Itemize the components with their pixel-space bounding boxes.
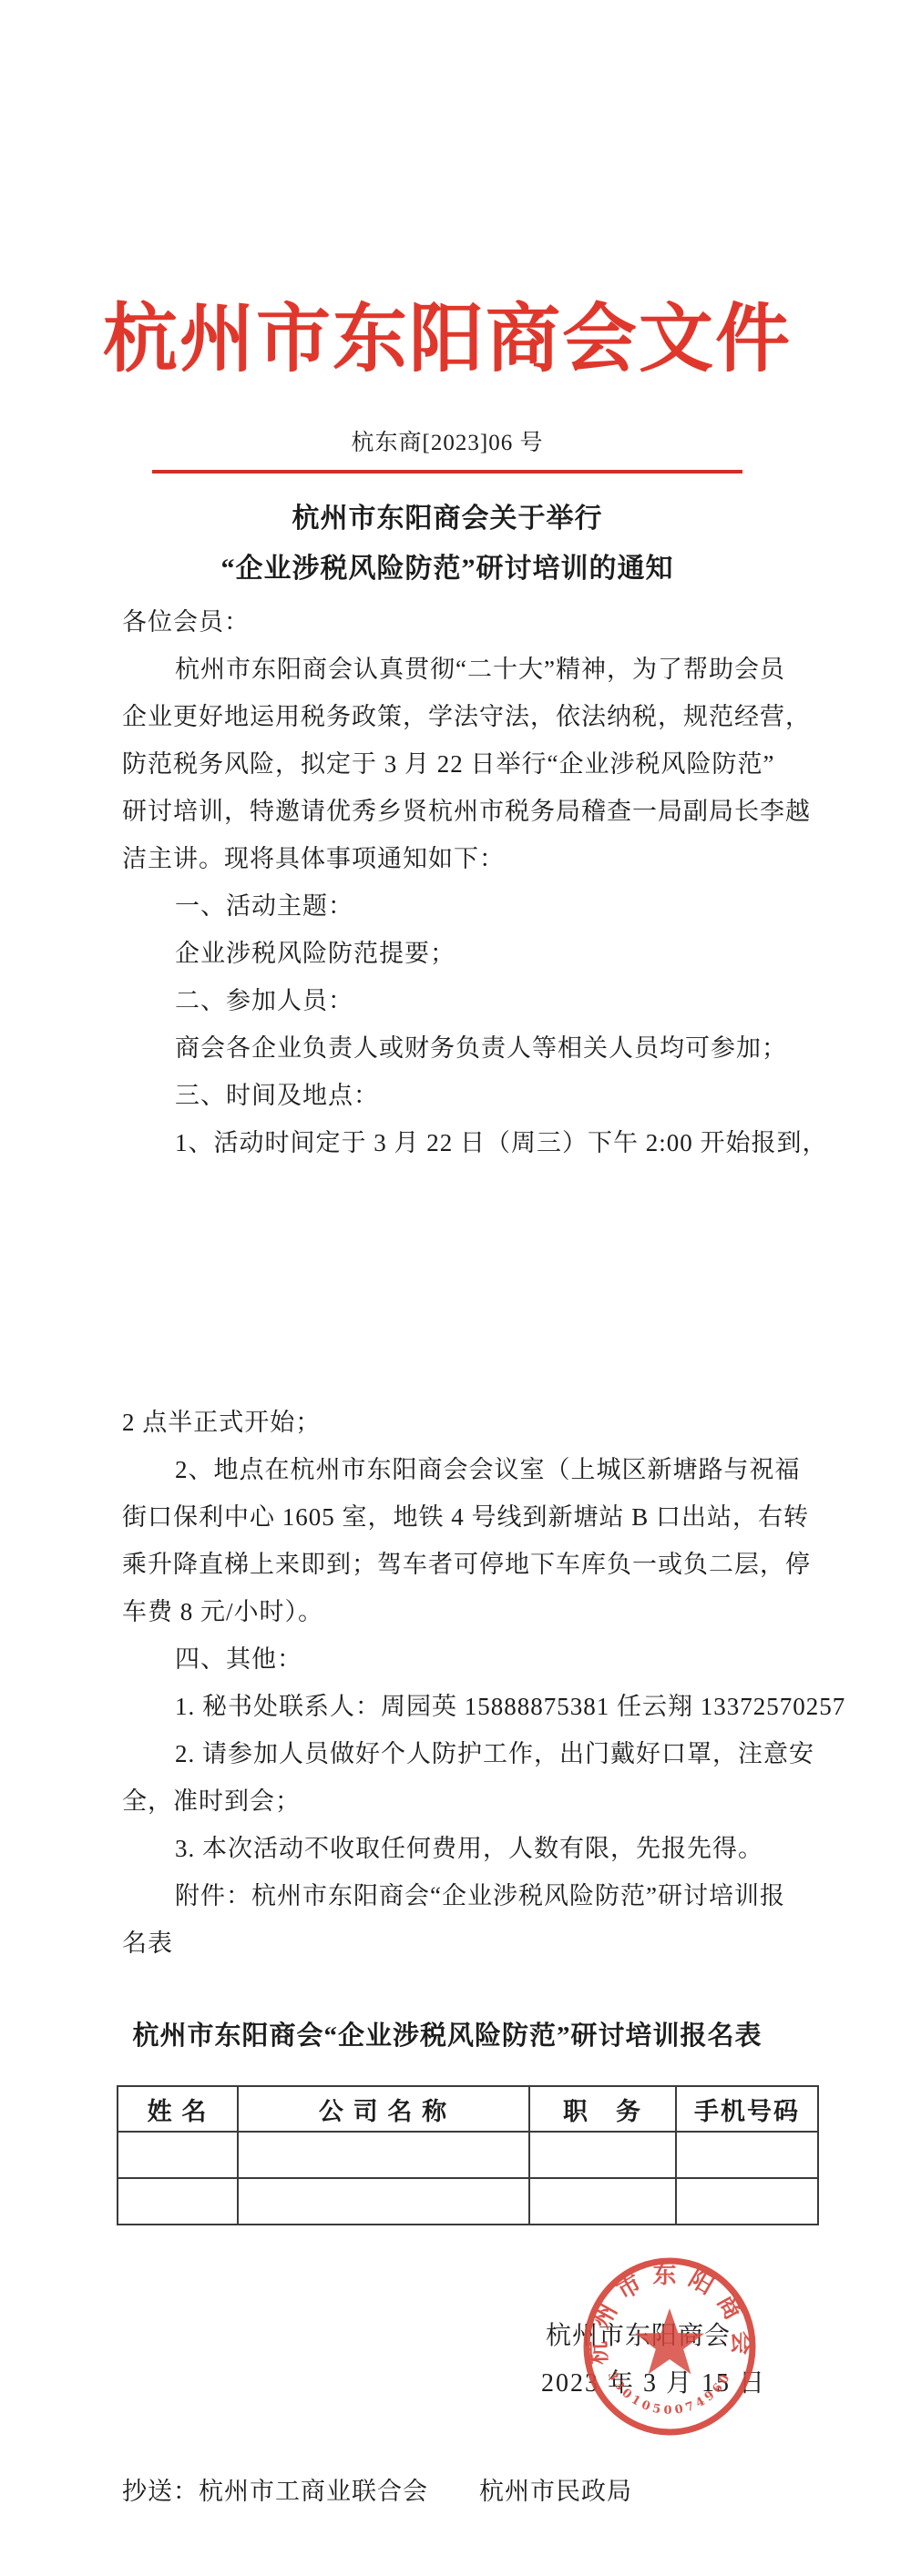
document-line: 企业涉税风险防范提要； bbox=[122, 930, 833, 977]
footer-cc-text: 抄送：杭州市工商业联合会 bbox=[122, 2478, 428, 2505]
footer-cc-text-2: 杭州市民政局 bbox=[479, 2478, 632, 2505]
document-line: 研讨培训，特邀请优秀乡贤杭州市税务局稽查一局副局长李越 bbox=[122, 788, 833, 835]
table-header-row: 姓 名 公 司 名 称 职 务 手机号码 bbox=[118, 2086, 818, 2132]
notice-title-line-2: “企业涉税风险防范”研讨培训的通知 bbox=[0, 553, 895, 585]
document-line: 洁主讲。现将具体事项通知如下： bbox=[122, 835, 833, 882]
table-cell-empty bbox=[118, 2132, 238, 2178]
document-line: 防范税务风险，拟定于 3 月 22 日举行“企业涉税风险防范” bbox=[122, 740, 833, 788]
document-page: 杭州市东阳商会文件 杭东商[2023]06 号 杭州市东阳商会关于举行 “企业涉… bbox=[0, 0, 911, 2576]
document-line: 乘升降直梯上来即到；驾车者可停地下车库负一或负二层，停 bbox=[122, 1541, 833, 1588]
table-cell-empty bbox=[676, 2178, 818, 2225]
document-body-page2: 2 点半正式开始；2、地点在杭州市东阳商会会议室（上城区新塘路与祝福街口保利中心… bbox=[122, 1399, 833, 1967]
table-row bbox=[118, 2178, 818, 2225]
table-cell-empty bbox=[238, 2178, 529, 2225]
document-line: 一、活动主题： bbox=[122, 882, 833, 930]
seal-code-text: 3301050074960 bbox=[605, 2369, 734, 2418]
table-row bbox=[118, 2132, 818, 2178]
table-cell-empty bbox=[529, 2178, 676, 2225]
document-line: 四、其他： bbox=[122, 1635, 833, 1683]
document-line: 三、时间及地点： bbox=[122, 1072, 833, 1119]
red-divider-rule bbox=[152, 470, 742, 473]
document-line: 各位会员： bbox=[122, 598, 833, 646]
table-cell-empty bbox=[238, 2132, 529, 2178]
official-seal: 杭州市东阳商会 3301050074960 bbox=[582, 2256, 757, 2437]
document-line: 商会各企业负责人或财务负责人等相关人员均可参加； bbox=[122, 1024, 833, 1072]
document-line: 全，准时到会； bbox=[122, 1777, 833, 1825]
footer-cc-line: 抄送：杭州市工商业联合会杭州市民政局 bbox=[122, 2471, 632, 2507]
table-cell-empty bbox=[529, 2132, 676, 2178]
document-line: 企业更好地运用税务政策，学法守法，依法纳税，规范经营， bbox=[122, 693, 833, 740]
document-line: 3. 本次活动不收取任何费用，人数有限，先报先得。 bbox=[122, 1825, 833, 1872]
attachment-table-title: 杭州市东阳商会“企业涉税风险防范”研讨培训报名表 bbox=[0, 2020, 895, 2052]
document-masthead: 杭州市东阳商会文件 bbox=[0, 290, 895, 390]
signup-table: 姓 名 公 司 名 称 职 务 手机号码 bbox=[117, 2085, 819, 2225]
notice-title-line-1: 杭州市东阳商会关于举行 bbox=[0, 503, 895, 535]
document-body-page1: 各位会员：杭州市东阳商会认真贯彻“二十大”精神，为了帮助会员企业更好地运用税务政… bbox=[122, 598, 833, 1166]
document-line: 名表 bbox=[122, 1919, 833, 1967]
table-header-position: 职 务 bbox=[529, 2086, 676, 2132]
table-header-company: 公 司 名 称 bbox=[238, 2086, 529, 2132]
document-line: 1、活动时间定于 3 月 22 日（周三）下午 2:00 开始报到， bbox=[122, 1119, 833, 1166]
document-line: 2. 请参加人员做好个人防护工作，出门戴好口罩，注意安 bbox=[122, 1730, 833, 1777]
document-line: 1. 秘书处联系人：周园英 15888875381 任云翔 1337257025… bbox=[122, 1683, 833, 1730]
table-header-name: 姓 名 bbox=[118, 2086, 238, 2132]
document-number: 杭东商[2023]06 号 bbox=[0, 429, 895, 458]
table-cell-empty bbox=[118, 2178, 238, 2225]
document-line: 杭州市东阳商会认真贯彻“二十大”精神，为了帮助会员 bbox=[122, 646, 833, 693]
table-cell-empty bbox=[676, 2132, 818, 2178]
document-line: 2 点半正式开始； bbox=[122, 1399, 833, 1446]
document-line: 车费 8 元/小时）。 bbox=[122, 1588, 833, 1635]
document-line: 街口保利中心 1605 室，地铁 4 号线到新塘站 B 口出站，右转 bbox=[122, 1493, 833, 1541]
document-line: 附件：杭州市东阳商会“企业涉税风险防范”研讨培训报 bbox=[122, 1872, 833, 1919]
document-line: 二、参加人员： bbox=[122, 977, 833, 1024]
document-line: 2、地点在杭州市东阳商会会议室（上城区新塘路与祝福 bbox=[122, 1446, 833, 1493]
table-header-phone: 手机号码 bbox=[676, 2086, 818, 2132]
seal-star bbox=[635, 2308, 704, 2374]
